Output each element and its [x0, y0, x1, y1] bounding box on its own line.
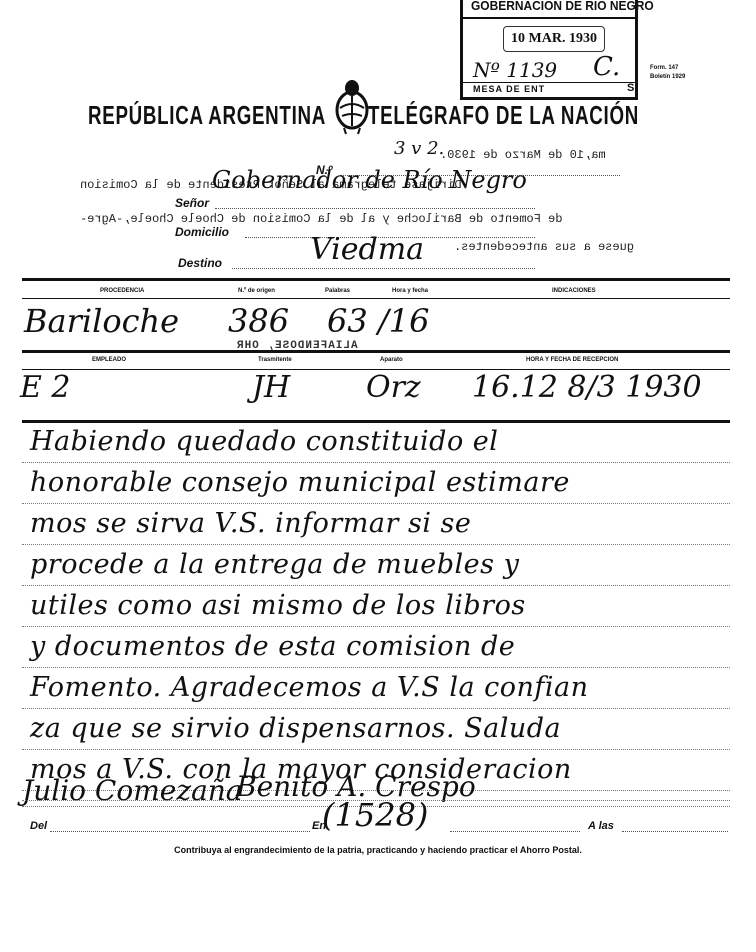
message-line-rule	[22, 708, 730, 709]
hora-fecha-value: /16	[378, 302, 430, 340]
destino-handwritten: Viedma	[310, 232, 424, 267]
senor-label: Señor	[175, 196, 209, 210]
signature-secondary: Julio Comezaña	[22, 774, 243, 807]
senor-dotted-line	[215, 208, 535, 209]
en-handwritten: (1528)	[322, 796, 428, 834]
typed-line-4: guese a sus antecedentes.	[454, 240, 634, 254]
hora-recepcion-value: 16.12 8/3 1930	[472, 370, 702, 405]
footer-slogan: Contribuya al engrandecimiento de la pat…	[0, 845, 756, 855]
numero-handwritten: 3 v 2.	[394, 138, 444, 159]
table1-top-rule	[22, 278, 730, 281]
stamp-mesa: MESA DE ENT	[473, 84, 545, 94]
del-label: Del	[30, 820, 47, 832]
message-line: mos se sirva V.S. informar si se	[30, 508, 471, 539]
stamp-letter: C.	[593, 52, 620, 82]
stamp-divider	[463, 17, 635, 19]
message-line-rule	[22, 503, 730, 504]
header-telegrafo: TELÉGRAFO DE LA NACIÓN	[368, 100, 639, 131]
col-procedencia: PROCEDENCIA	[100, 288, 144, 294]
message-line: honorable consejo municipal estimare	[30, 467, 570, 498]
palabras-value: 63	[327, 302, 368, 340]
col-hora-fecha: Hora y fecha	[392, 288, 428, 294]
typed-line-1: ma,10 de Marzo de 1930.	[440, 148, 606, 162]
message-line: za que se sirvio dispensarnos. Saluda	[30, 713, 561, 744]
form-code-line2: Boletín 1929	[650, 73, 685, 82]
stamp-divider	[463, 82, 635, 83]
message-line-rule	[22, 667, 730, 668]
a-las-dotted-line	[622, 831, 728, 832]
a-las-label: A las	[588, 820, 614, 832]
destino-dotted-line	[232, 268, 535, 269]
message-line: y documentos de esta comision de	[30, 631, 515, 662]
message-line-rule	[22, 749, 730, 750]
message-line: Habiendo quedado constituido el	[30, 426, 498, 457]
trasmitente-value: JH	[252, 370, 290, 405]
col-palabras: Palabras	[325, 288, 350, 294]
message-line-rule	[22, 626, 730, 627]
col-numero-origen: N.º de origen	[238, 288, 275, 294]
stamp-date: 10 MAR. 1930	[503, 26, 605, 52]
en-dotted-line	[450, 831, 580, 832]
form-code-line1: Form. 147	[650, 64, 685, 73]
col-trasmitente: Trasmitente	[258, 357, 292, 363]
stamp-mesa-suffix: S	[627, 82, 634, 94]
senor-handwritten: Gobernador de Río Negro	[212, 166, 527, 194]
col-hora-fecha-recepcion: HORA Y FECHA DE RECEPCION	[526, 357, 618, 363]
del-dotted-line	[50, 831, 310, 832]
table2-top-rule	[22, 350, 730, 353]
col-aparato: Aparato	[380, 357, 403, 363]
numero-origen-value: 386	[228, 302, 289, 340]
col-empleado: EMPLEADO	[92, 357, 126, 363]
procedencia-value: Bariloche	[24, 302, 179, 340]
table1-header-rule	[22, 298, 730, 299]
header-republica: REPÚBLICA ARGENTINA	[88, 100, 326, 131]
message-line-rule	[22, 544, 730, 545]
stamp-number: Nº 1139	[473, 58, 557, 82]
empleado-value: E 2	[20, 370, 71, 405]
typed-line-3: de Fomento de Bariloche y al de la Comis…	[80, 212, 562, 226]
destino-label: Destino	[178, 256, 222, 270]
message-line-rule	[22, 585, 730, 586]
domicilio-label: Domicilio	[175, 225, 229, 239]
message-line: procede a la entrega de muebles y	[30, 549, 519, 580]
coat-of-arms-icon	[334, 78, 370, 136]
message-line: Fomento. Agradecemos a V.S la confian	[30, 672, 589, 703]
message-line: utiles como asi mismo de los libros	[30, 590, 526, 621]
form-code: Form. 147 Boletín 1929	[650, 64, 685, 82]
aparato-value: Orz	[366, 370, 421, 405]
stamp-title: GOBERNACION DE RIO NEGRO	[471, 0, 654, 13]
message-line-rule	[22, 462, 730, 463]
col-indicaciones: INDICACIONES	[552, 288, 596, 294]
message-top-rule	[22, 420, 730, 423]
reception-stamp: GOBERNACION DE RIO NEGRO 10 MAR. 1930 Nº…	[460, 0, 638, 100]
